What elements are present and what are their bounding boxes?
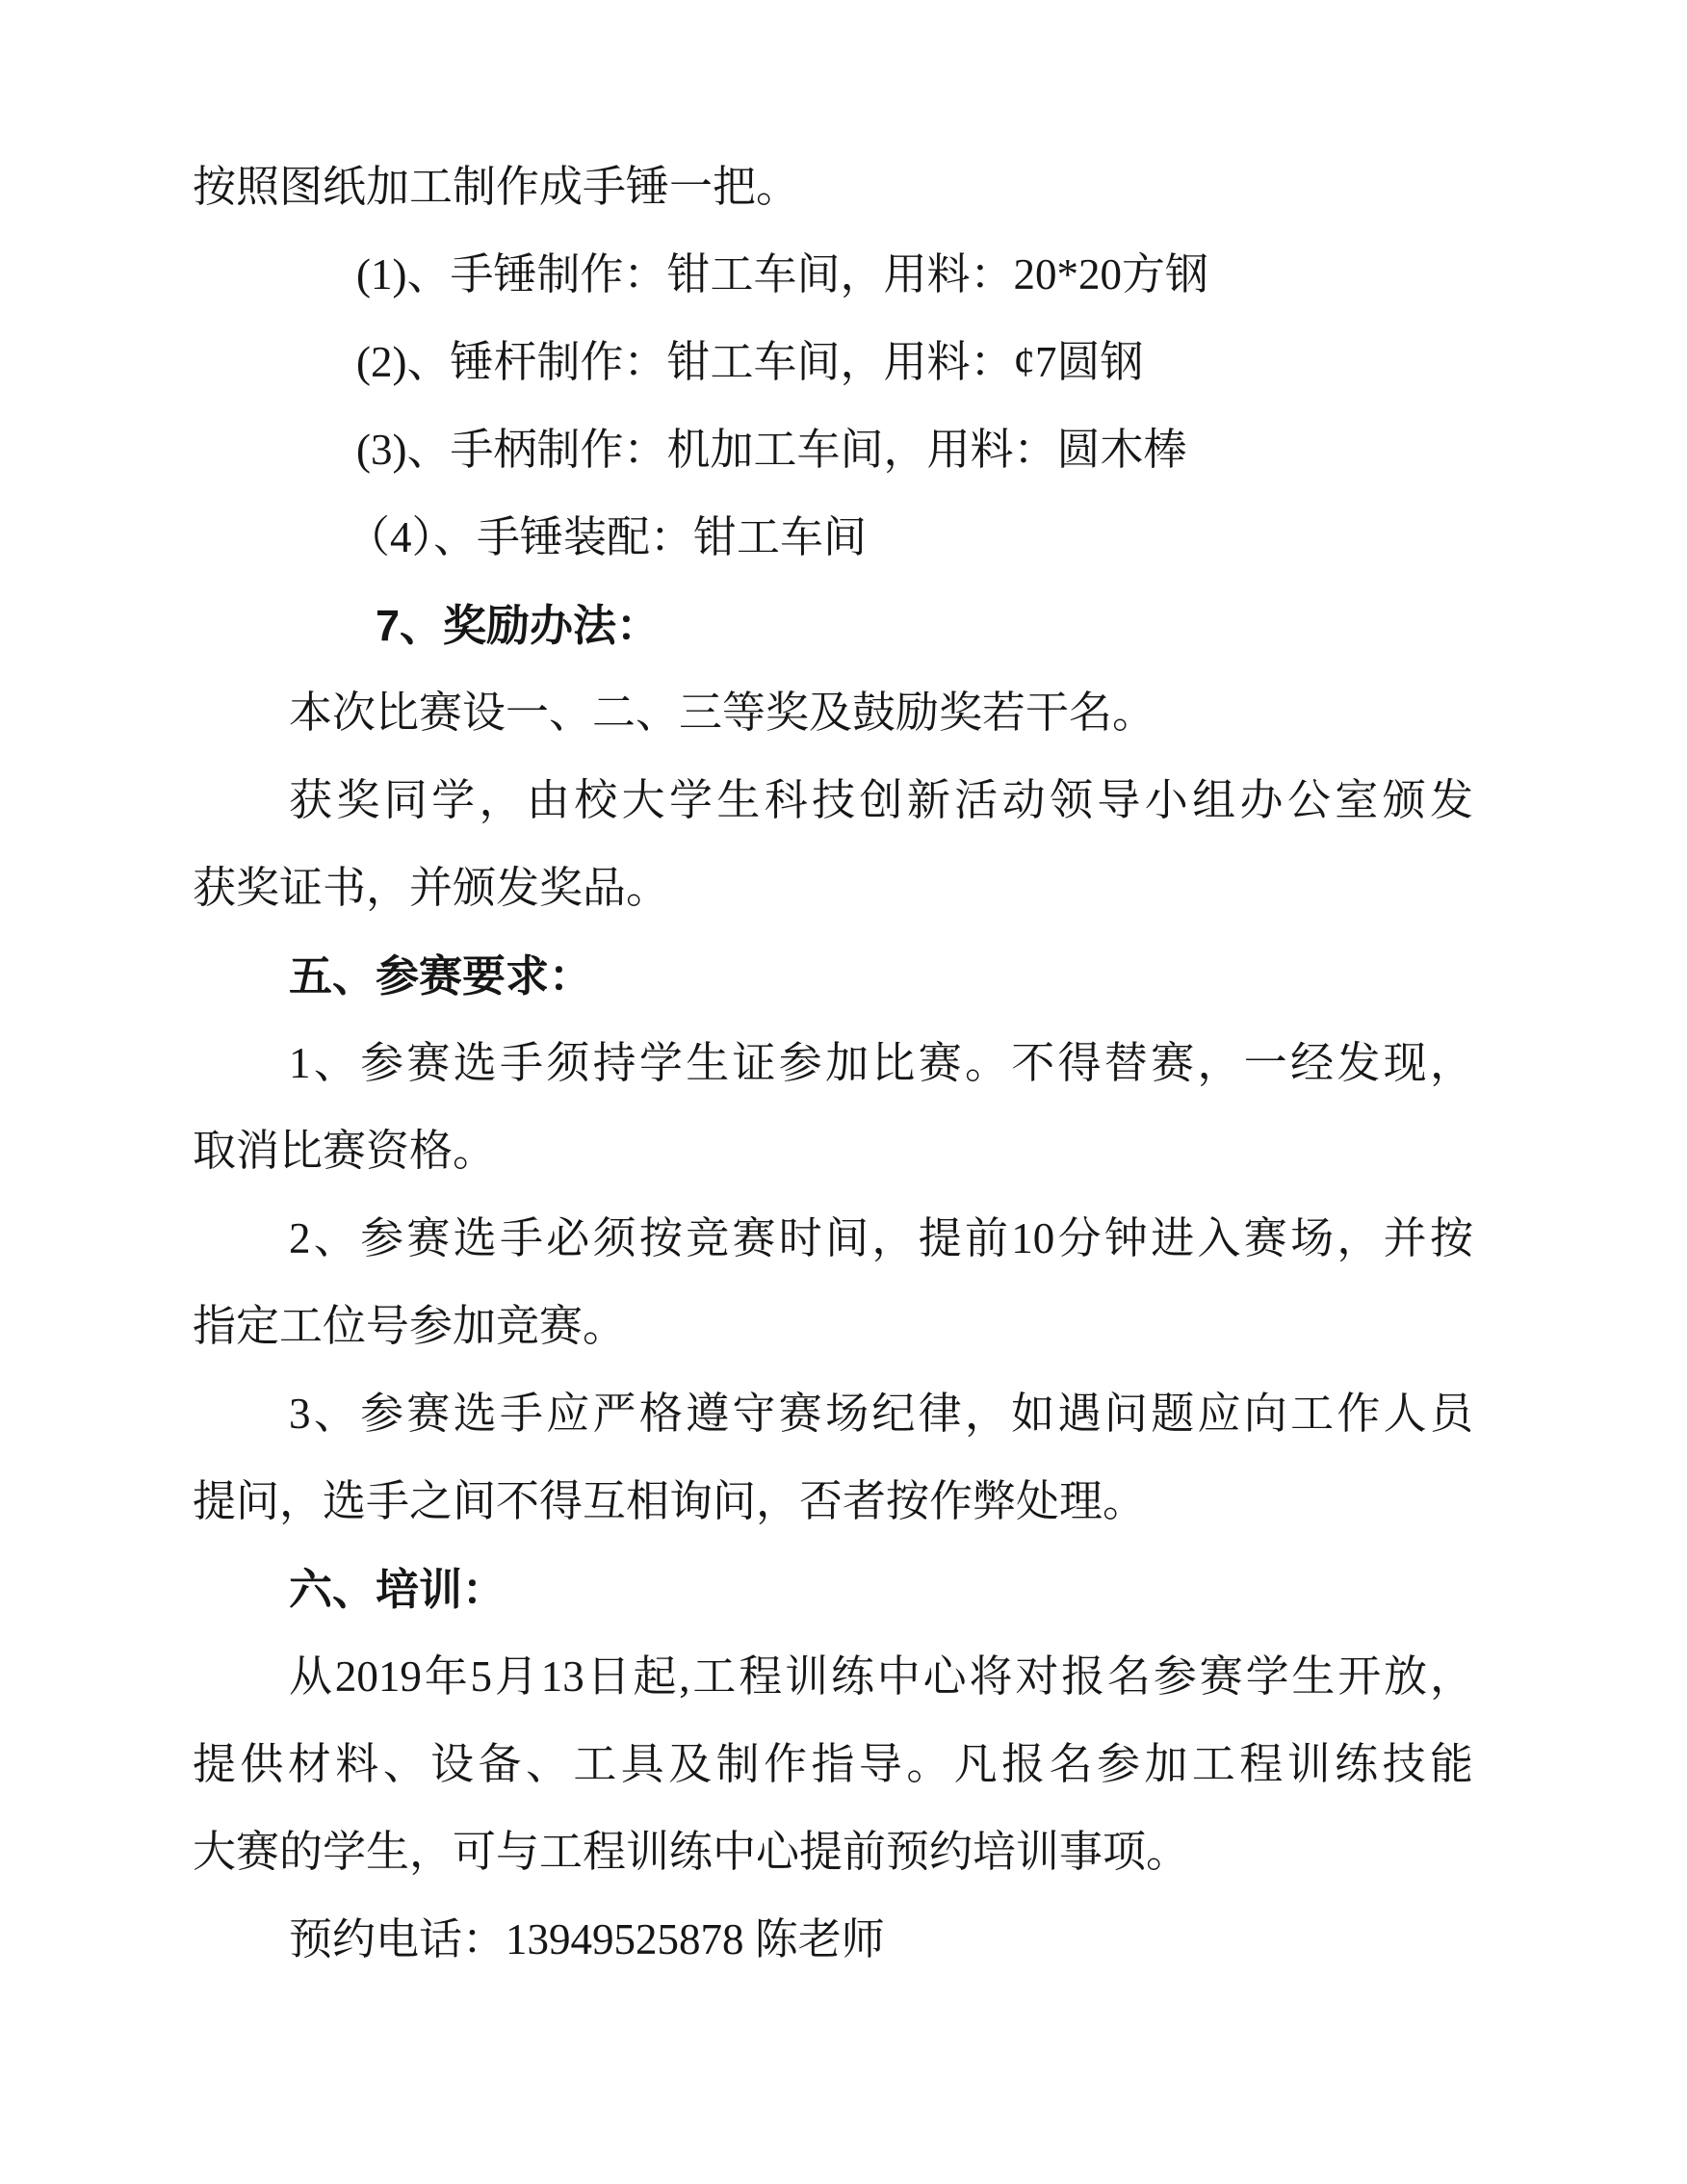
text-line-training: 从2019年5月13日起,工程训练中心将对报名参赛学生开放， <box>193 1633 1473 1721</box>
text-line-training: 大赛的学生，可与工程训练中心提前预约培训事项。 <box>193 1808 1473 1896</box>
text-line-contact-phone: 预约电话：13949525878 陈老师 <box>193 1896 1473 1984</box>
text-line-rule-1: 1、参赛选手须持学生证参加比赛。不得替赛，一经发现， <box>193 1020 1473 1107</box>
text-line-rule-2: 2、参赛选手必须按竞赛时间，提前10分钟进入赛场，并按 <box>193 1195 1473 1283</box>
text-line-paragraph: 获奖证书，并颁发奖品。 <box>193 845 1473 932</box>
section-heading-training: 六、培训： <box>193 1546 1473 1633</box>
text-line-rule-3: 3、参赛选手应严格遵守赛场纪律，如遇问题应向工作人员 <box>193 1370 1473 1458</box>
text-line-item-4: （4）、手锤装配：钳工车间 <box>193 494 1473 582</box>
text-line-rule-3: 提问，选手之间不得互相询问，否者按作弊处理。 <box>193 1458 1473 1546</box>
text-line-training: 提供材料、设备、工具及制作指导。凡报名参加工程训练技能 <box>193 1721 1473 1808</box>
text-line-rule-2: 指定工位号参加竞赛。 <box>193 1283 1473 1370</box>
text-line-paragraph: 获奖同学，由校大学生科技创新活动领导小组办公室颁发 <box>193 757 1473 845</box>
text-line-item-3: (3)、手柄制作：机加工车间，用料：圆木棒 <box>193 406 1473 494</box>
text-line-item-2: (2)、锤杆制作：钳工车间，用料：¢7圆钢 <box>193 319 1473 406</box>
text-line-rule-1: 取消比赛资格。 <box>193 1107 1473 1195</box>
text-line-item-1: (1)、手锤制作：钳工车间，用料：20*20方钢 <box>193 231 1473 319</box>
text-line-paragraph: 本次比赛设一、二、三等奖及鼓励奖若干名。 <box>193 669 1473 757</box>
section-heading-requirements: 五、参赛要求： <box>193 932 1473 1020</box>
section-heading-award: 7、奖励办法： <box>193 582 1473 669</box>
document-page: 按照图纸加工制作成手锤一把。 (1)、手锤制作：钳工车间，用料：20*20方钢 … <box>0 0 1687 2184</box>
document-content: 按照图纸加工制作成手锤一把。 (1)、手锤制作：钳工车间，用料：20*20方钢 … <box>193 143 1473 1984</box>
text-line-body: 按照图纸加工制作成手锤一把。 <box>193 143 1473 231</box>
